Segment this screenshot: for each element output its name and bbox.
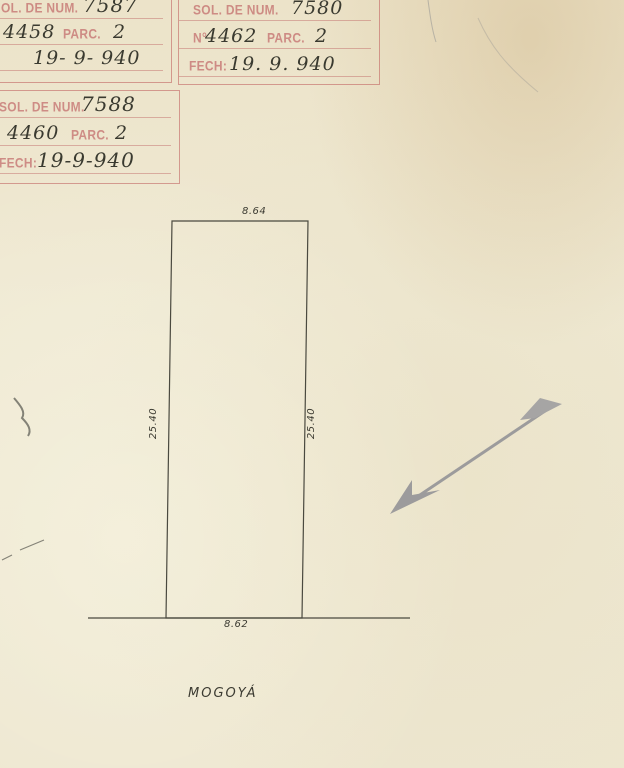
dimension-bottom: 8.62 [224, 619, 248, 630]
plot-outline [166, 221, 308, 618]
plat-drawing [0, 0, 624, 768]
north-arrow-icon [390, 398, 562, 514]
dimension-top: 8.64 [242, 206, 266, 217]
pencil-mark [14, 398, 30, 436]
crease-mark [428, 0, 436, 42]
dimension-right: 25.40 [306, 408, 317, 439]
street-name: MOGOYÁ [188, 686, 258, 701]
dimension-left: 25.40 [148, 408, 159, 439]
crease-mark [478, 18, 538, 92]
pencil-mark [2, 540, 44, 560]
